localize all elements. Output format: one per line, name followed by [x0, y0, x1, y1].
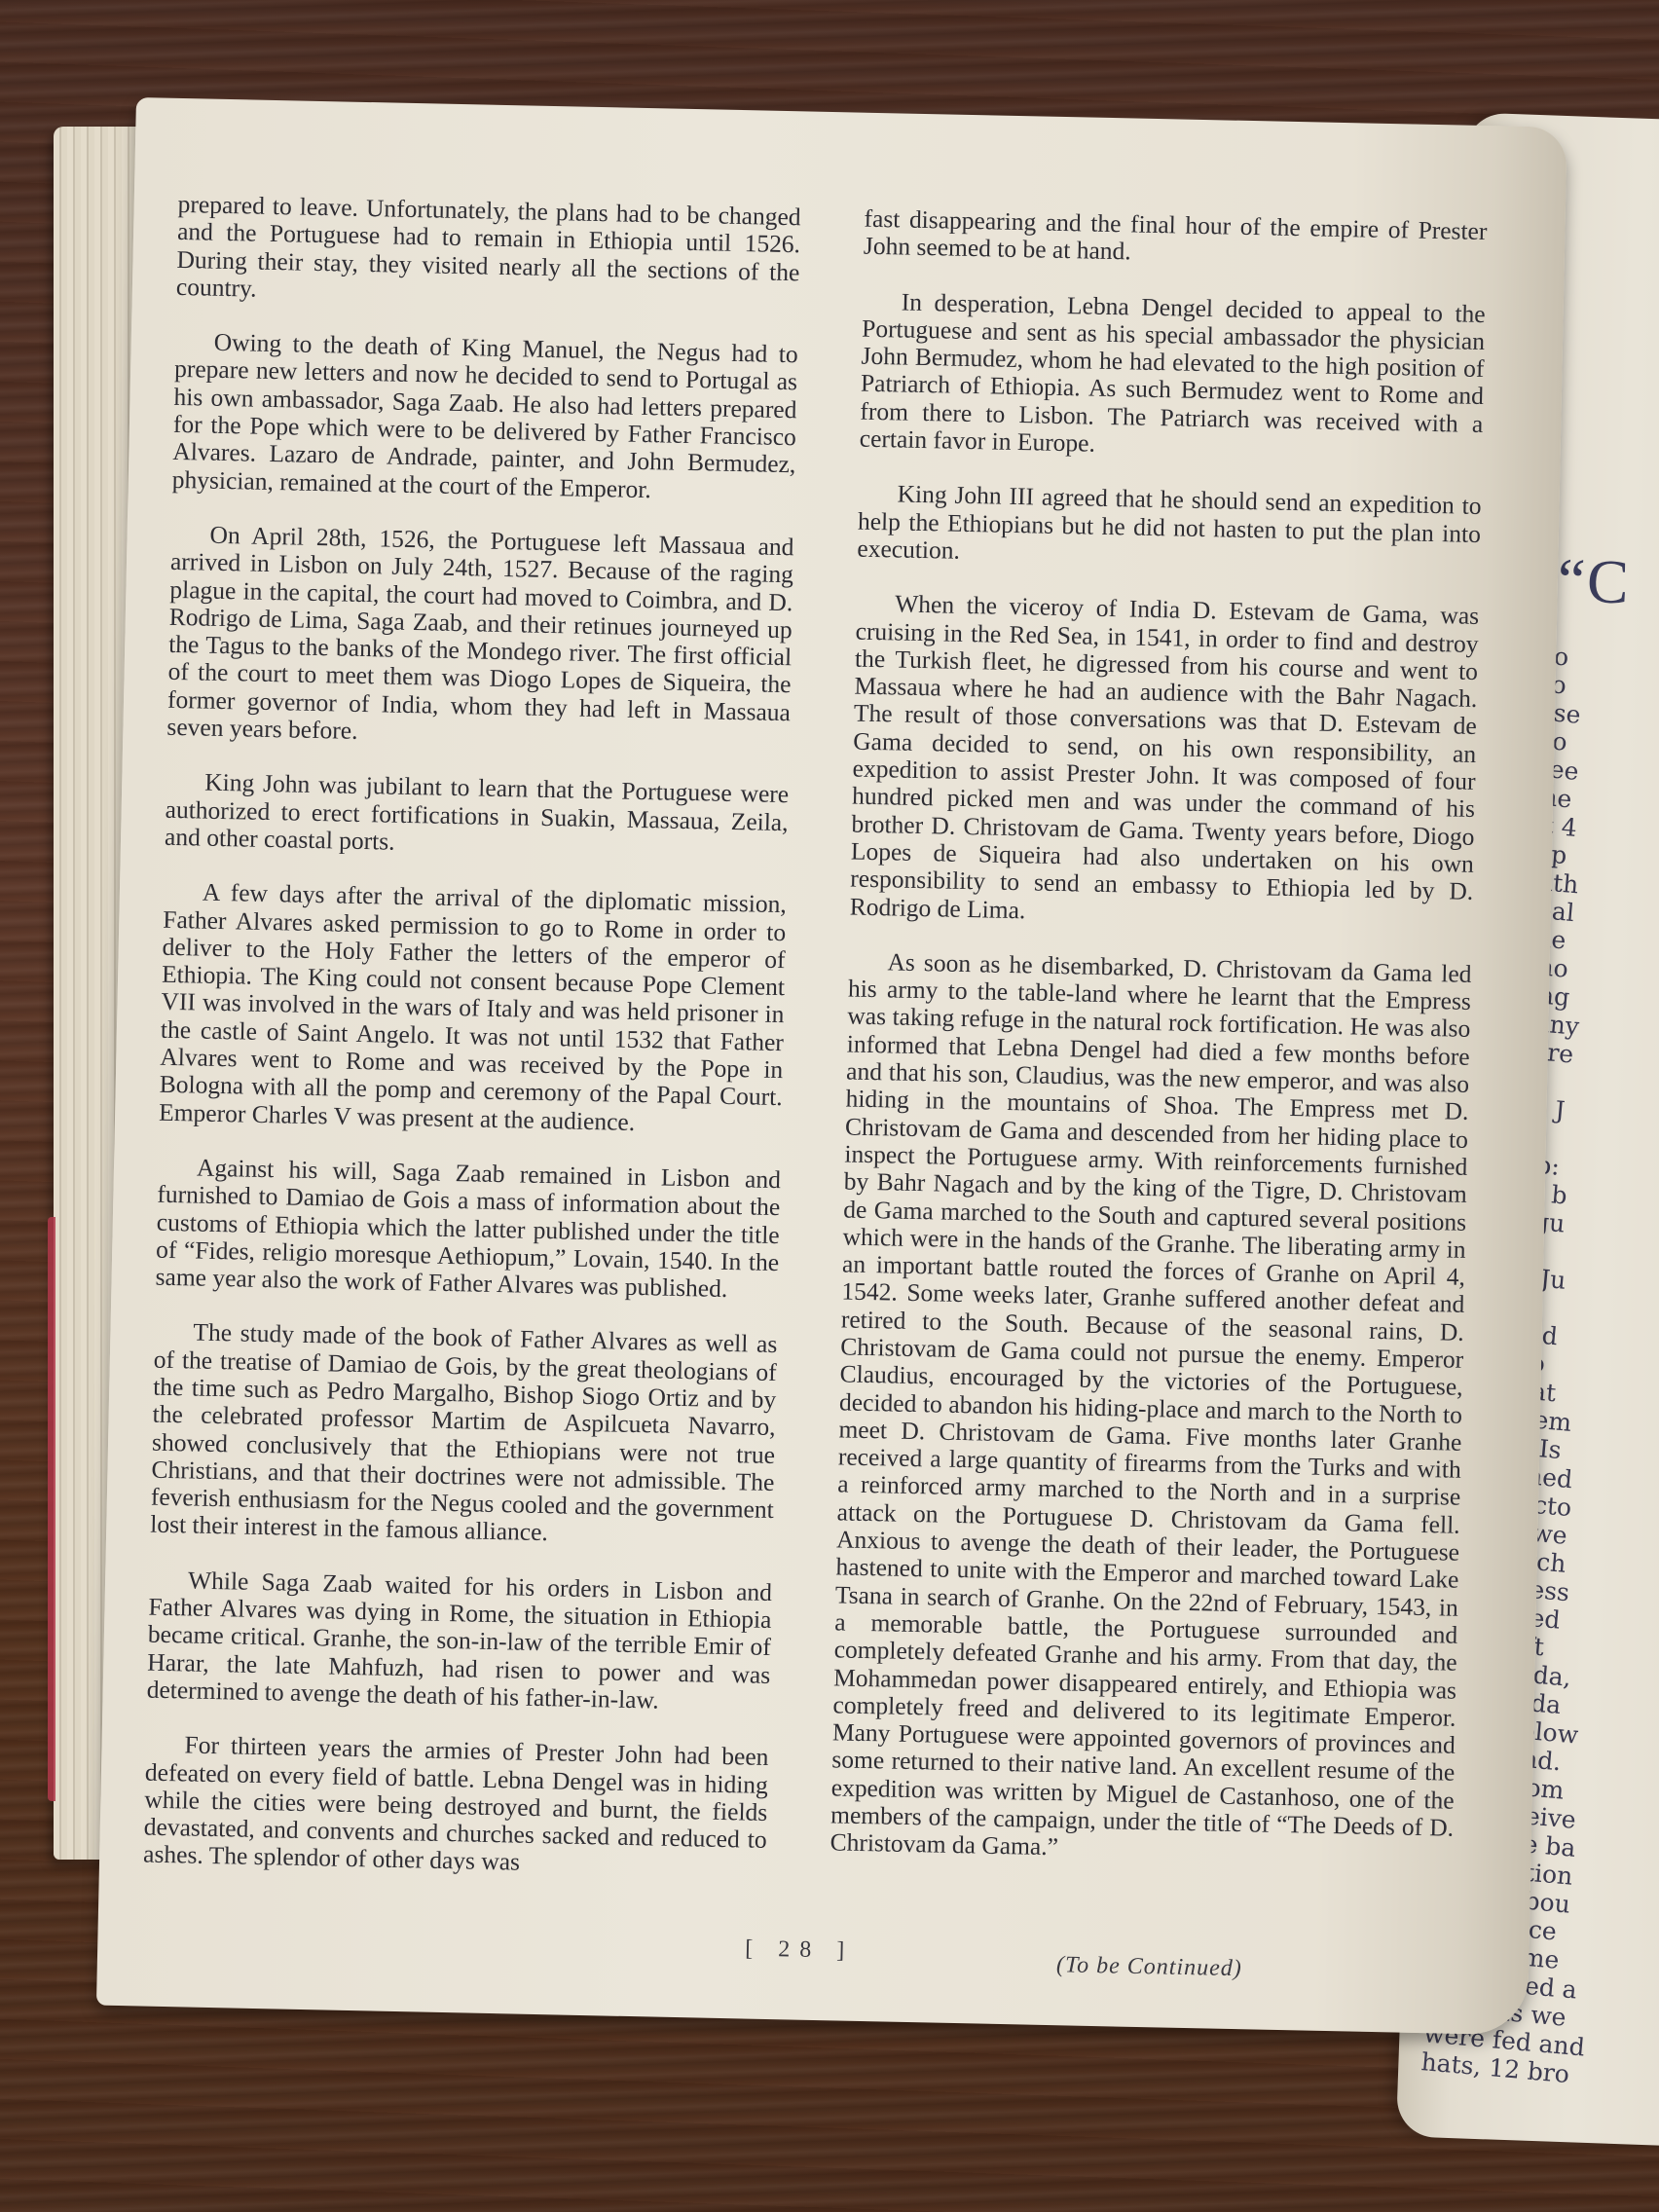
paragraph: While Saga Zaab waited for his orders in…: [146, 1566, 772, 1716]
right-column: fast disappearing and the final hour of …: [829, 205, 1488, 1898]
paragraph: When the viceroy of India D. Estevam de …: [849, 590, 1479, 934]
paragraph: On April 28th, 1526, the Portuguese left…: [166, 521, 794, 755]
left-column: prepared to leave. Unfortunately, the pl…: [142, 191, 801, 1909]
next-page-heading-fragment: “C: [1556, 544, 1632, 619]
paragraph: In desperation, Lebna Dengel decided to …: [860, 287, 1486, 465]
paragraph: King John III agreed that he should send…: [857, 480, 1482, 575]
book-page: prepared to leave. Unfortunately, the pl…: [96, 97, 1567, 2035]
paragraph: As soon as he disembarked, D. Christovam…: [829, 947, 1471, 1869]
two-column-body: prepared to leave. Unfortunately, the pl…: [142, 191, 1522, 1933]
paragraph: Against his will, Saga Zaab remained in …: [155, 1154, 781, 1305]
paragraph: King John was jubilant to learn that the…: [165, 768, 790, 864]
paragraph: prepared to leave. Unfortunately, the pl…: [176, 191, 801, 314]
page-number: [ 28 ]: [745, 1936, 855, 1965]
paragraph: Owing to the death of King Manuel, the N…: [171, 328, 797, 506]
paragraph: The study made of the book of Father Alv…: [150, 1318, 778, 1552]
to-be-continued-note: (To be Continued): [1056, 1952, 1242, 1982]
paragraph: fast disappearing and the final hour of …: [864, 205, 1488, 274]
paragraph: A few days after the arrival of the dipl…: [159, 878, 787, 1139]
paragraph: For thirteen years the armies of Prester…: [143, 1731, 769, 1882]
